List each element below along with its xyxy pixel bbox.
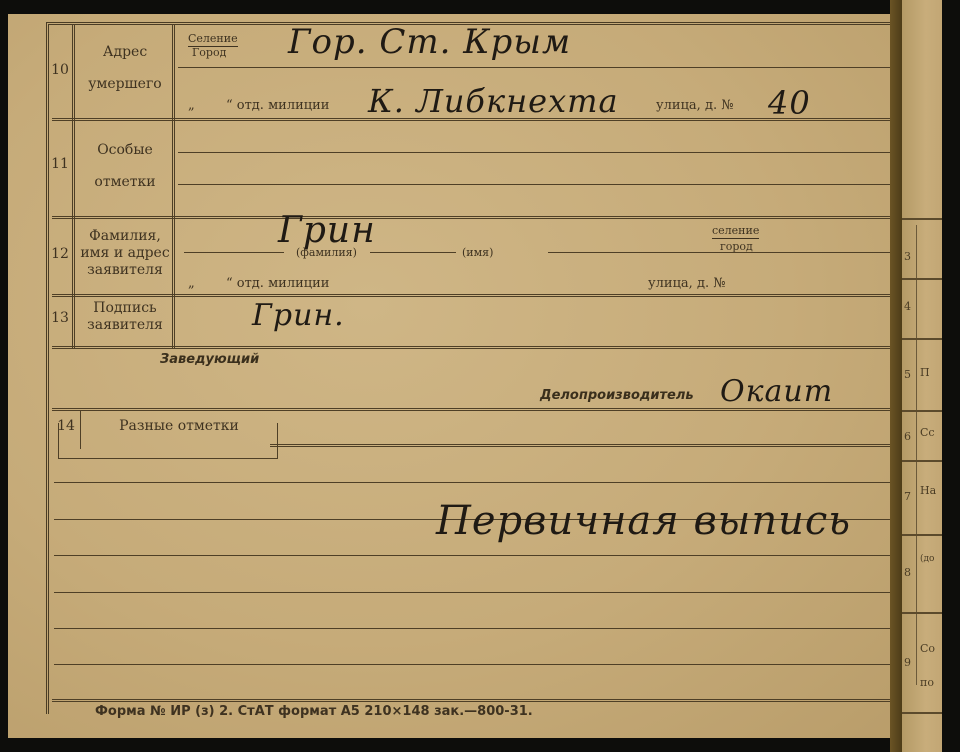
next-page-row-5-number: 5 xyxy=(904,368,911,381)
signatures-bottom-border xyxy=(52,408,902,411)
next-page-row-7-number: 7 xyxy=(904,490,911,503)
row-10-bottom-border xyxy=(52,118,902,121)
row-14-top-border xyxy=(270,444,902,447)
row-11-label-line2: отметки xyxy=(78,174,172,191)
notes-line-1 xyxy=(54,482,900,483)
row-10-house-handwritten: 40 xyxy=(768,84,811,122)
next-page-column-divider xyxy=(916,225,917,685)
row-12-label-line2: имя и адрес xyxy=(74,245,176,262)
row-11-bottom-border xyxy=(52,216,902,219)
row-12-name-line-2 xyxy=(370,252,456,253)
next-page-row-3-number: 3 xyxy=(904,250,911,263)
row-10-city-handwritten: Гор. Ст. Крым xyxy=(288,22,571,62)
row-10-number: 10 xyxy=(48,62,72,78)
row-14-number: 14 xyxy=(54,418,78,434)
row-10-militia-prefix: „ xyxy=(188,98,195,113)
next-page-row-border xyxy=(902,278,942,280)
row-11-line-2 xyxy=(178,184,902,185)
next-page-row-9-number: 9 xyxy=(904,656,911,669)
notes-line-5 xyxy=(54,628,900,629)
row-11-number: 11 xyxy=(48,156,72,172)
notes-line-3 xyxy=(54,555,900,556)
row-11-line-1 xyxy=(178,152,902,153)
row-14-note-handwritten: Первичная выпись xyxy=(436,498,851,544)
row-10-street-handwritten: К. Либкнехта xyxy=(368,82,619,120)
next-page-row-7-text: На xyxy=(920,484,942,497)
row-12-label-line3: заявителя xyxy=(74,262,176,279)
next-page-row-4-number: 4 xyxy=(904,300,911,313)
next-page-row-border xyxy=(902,460,942,462)
row-13-bottom-border xyxy=(52,346,902,349)
label-column-divider xyxy=(172,24,175,349)
num-column-divider xyxy=(72,24,75,349)
row-12-militia-prefix: „ xyxy=(188,276,195,291)
scan-background: 10 Адрес умершего Селение Город Гор. Ст.… xyxy=(0,0,960,752)
form-page: 10 Адрес умершего Селение Город Гор. Ст.… xyxy=(8,14,908,738)
next-page-row-6-text: Сс xyxy=(920,426,942,439)
row-14-num-divider xyxy=(80,411,81,449)
row-12-militia-label: “ отд. милиции xyxy=(226,276,329,291)
next-page-row-border xyxy=(902,612,942,614)
next-page-row-8-text: (до xyxy=(920,554,942,564)
row-10-street-label: улица, д. № xyxy=(656,98,734,113)
row-10-settlement-top: Селение xyxy=(188,32,238,47)
row-12-name-caption: (имя) xyxy=(462,246,493,259)
next-page-row-6-number: 6 xyxy=(904,430,911,443)
next-page-row-8-number: 8 xyxy=(904,566,911,579)
row-14-label: Разные отметки xyxy=(84,418,274,435)
form-bottom-border xyxy=(52,699,902,702)
row-13-number: 13 xyxy=(48,310,72,326)
row-12-settlement-top: селение xyxy=(712,224,759,239)
row-10-label-line2: умершего xyxy=(78,76,172,93)
row-12-label-line1: Фамилия, xyxy=(74,228,176,245)
row-12-settlement-line xyxy=(548,252,898,253)
row-13-label-line2: заявителя xyxy=(78,317,172,334)
row-10-label-line1: Адрес xyxy=(78,44,172,61)
row-13-signature-handwritten: Грин. xyxy=(252,298,345,333)
next-page-row-5-text: П xyxy=(920,366,942,379)
row-10-militia-label: “ отд. милиции xyxy=(226,98,329,113)
next-page-row-9-extra: по xyxy=(920,676,942,689)
next-page-row-border xyxy=(902,410,942,412)
row-10-settlement-bottom: Город xyxy=(192,46,226,59)
row-12-street-label: улица, д. № xyxy=(648,276,726,291)
next-page-row-border xyxy=(902,534,942,536)
next-page-row-border xyxy=(902,712,942,714)
row-12-number: 12 xyxy=(48,246,72,262)
row-12-bottom-border xyxy=(52,294,902,297)
head-signature-label: Заведующий xyxy=(160,352,259,367)
row-12-name-line xyxy=(184,252,284,253)
next-page-edge: 3 4 5 П 6 Сс 7 На 8 (до 9 Со по xyxy=(902,0,942,752)
next-page-row-border xyxy=(902,338,942,340)
clerk-signature-label: Делопроизводитель xyxy=(540,388,694,403)
row-10-divider-mid xyxy=(178,67,902,68)
next-page-row-9-text: Со xyxy=(920,642,942,655)
clerk-signature-handwritten: Окаит xyxy=(720,374,833,409)
form-footer: Форма № ИР (з) 2. СтАТ формат А5 210×148… xyxy=(95,704,533,719)
row-11-label-line1: Особые xyxy=(78,142,172,159)
row-12-surname-handwritten: Грин xyxy=(278,210,376,251)
next-page-row-border xyxy=(902,218,942,220)
row-12-surname-caption: (фамилия) xyxy=(296,246,357,259)
notes-line-4 xyxy=(54,592,900,593)
row-13-label-line1: Подпись xyxy=(78,300,172,317)
notes-line-6 xyxy=(54,664,900,665)
